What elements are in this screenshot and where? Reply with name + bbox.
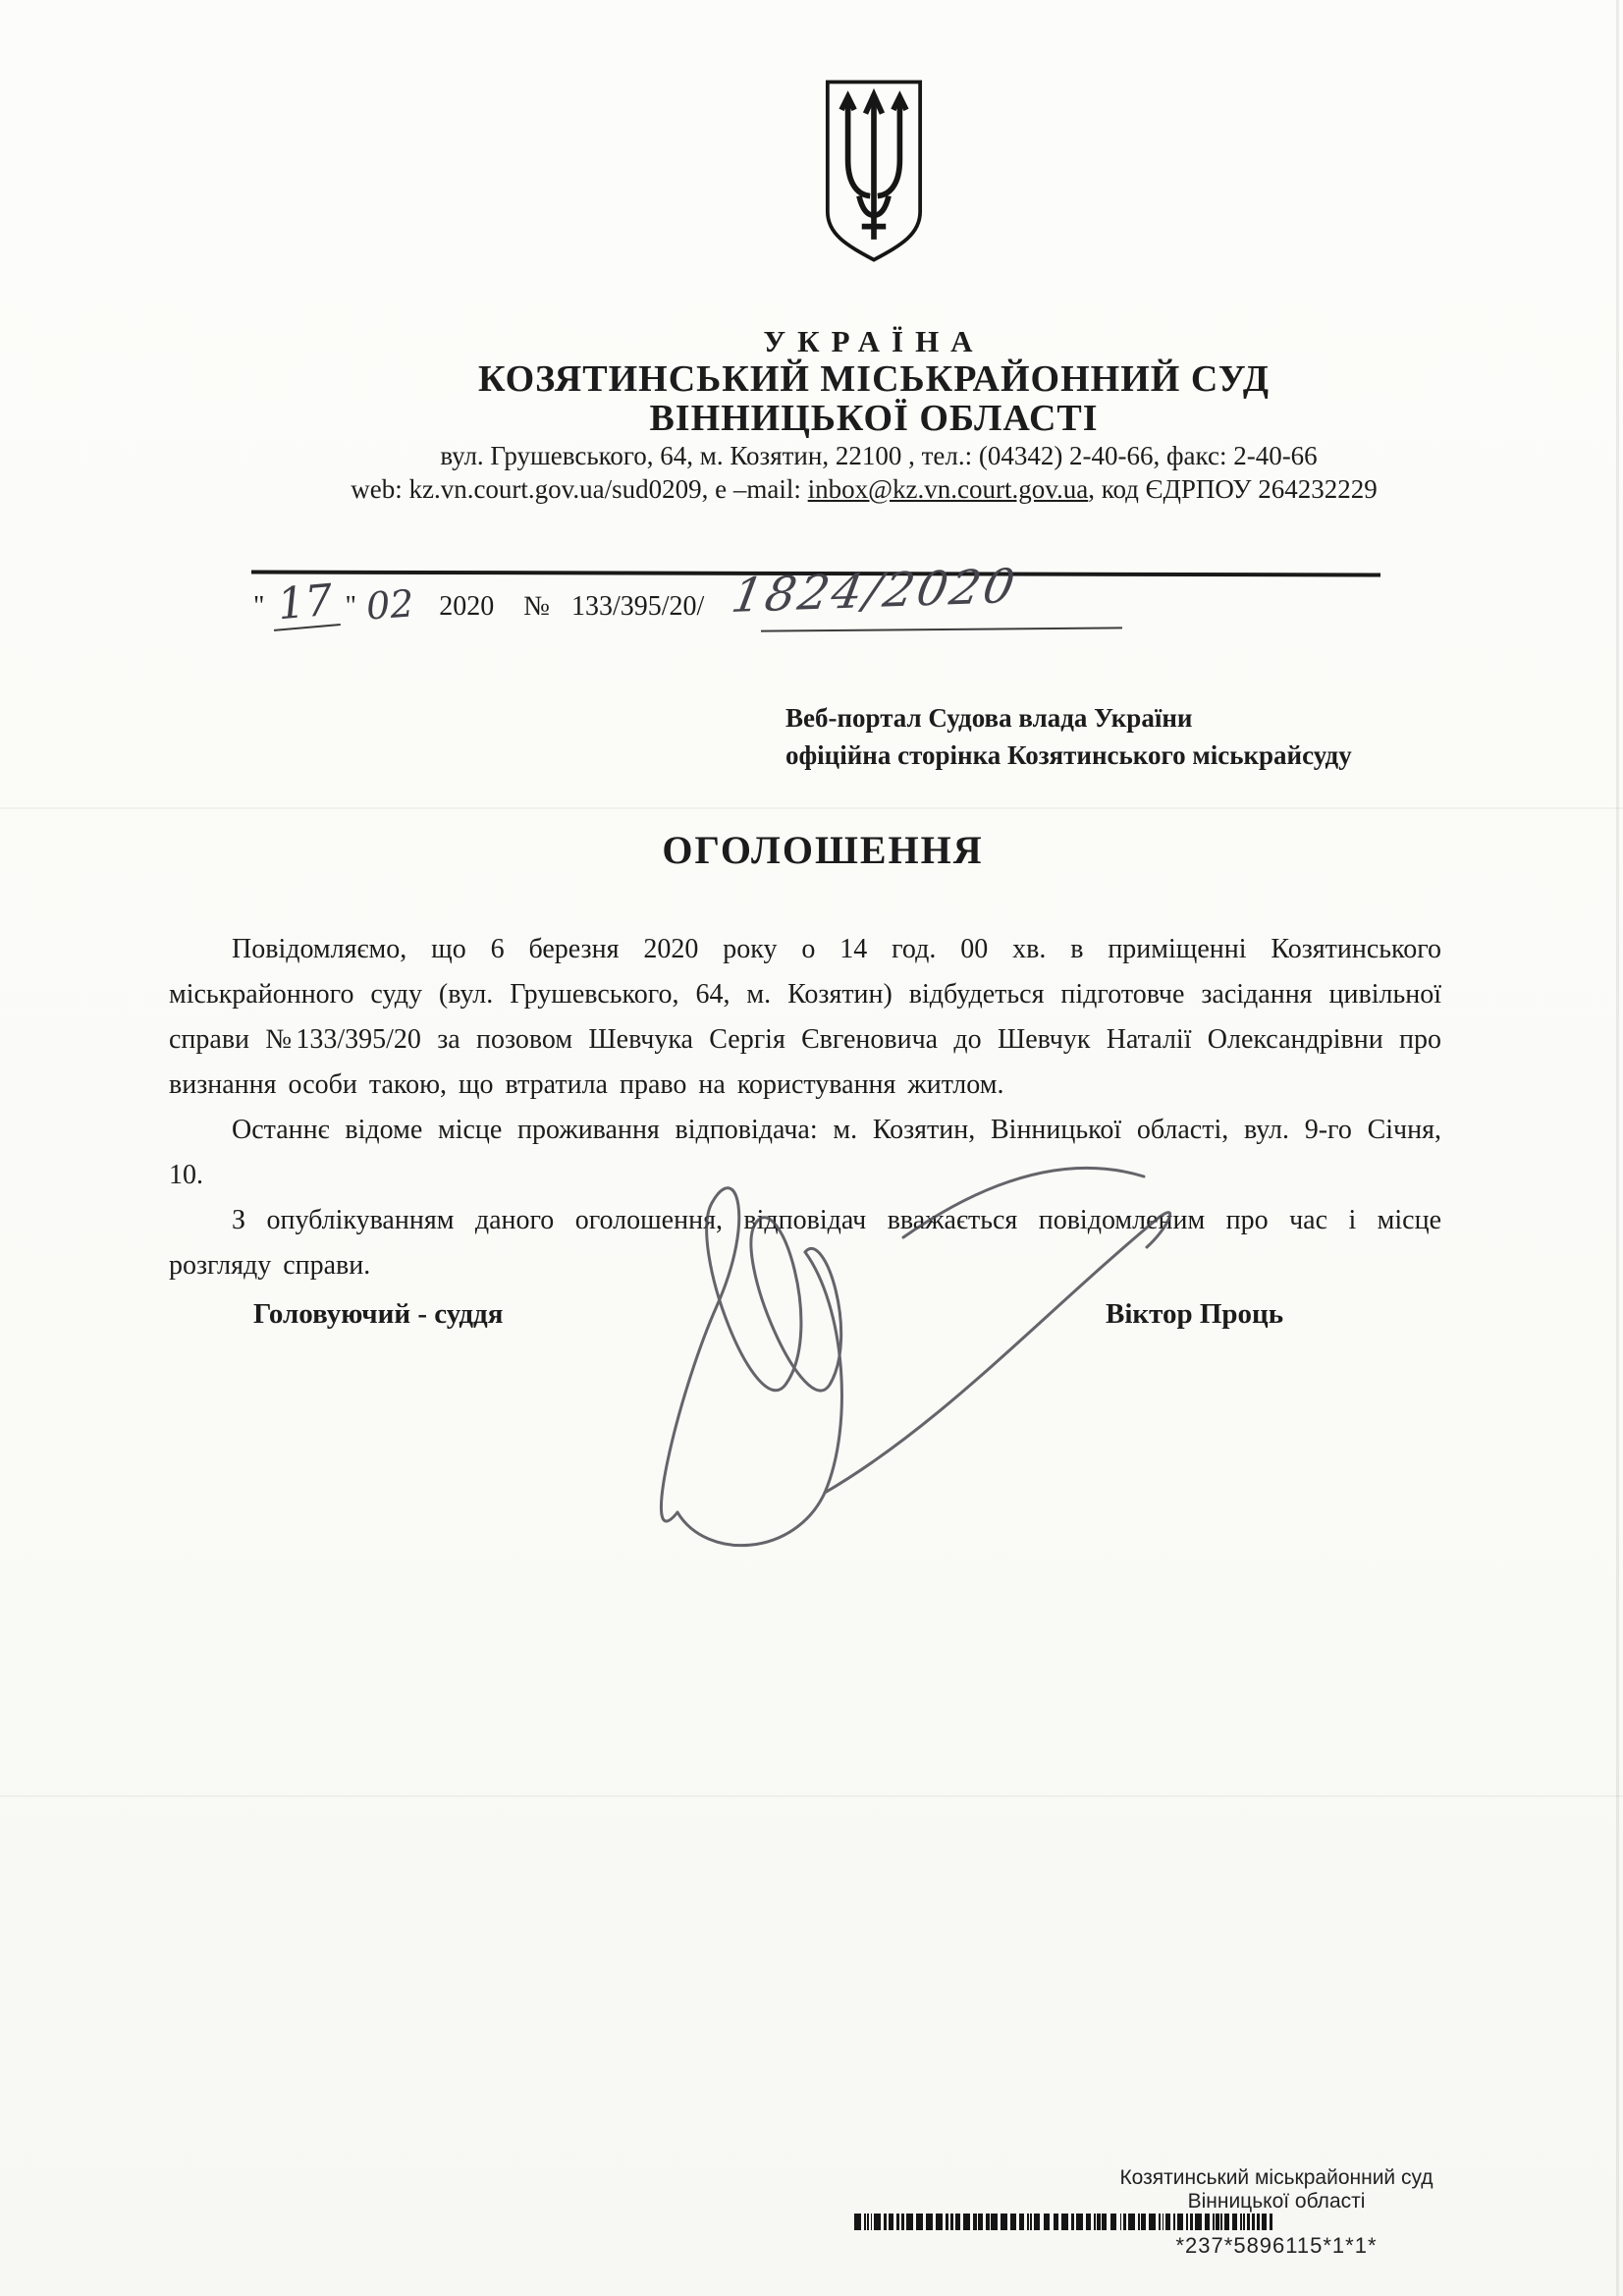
- footer-court-line2: Вінницької області: [1188, 2190, 1366, 2214]
- handwritten-outgoing-number: 1824/2020: [730, 567, 1021, 616]
- recipient-block: Веб-портал Судова влада України офіційна…: [785, 699, 1352, 774]
- case-number: 133/395/20/: [571, 585, 704, 623]
- court-name-line1: КОЗЯТИНСЬКИЙ МІСЬКРАЙОННИЙ СУД: [478, 357, 1270, 401]
- ukraine-coat-of-arms-icon: [818, 75, 930, 269]
- web-prefix: web: kz.vn.court.gov.ua/sud0209, e –mail…: [351, 474, 807, 504]
- document-title: ОГОЛОШЕННЯ: [662, 827, 983, 873]
- reference-line: " 17 " 02 2020 № 133/395/20/ 1824/2020: [253, 585, 1016, 629]
- body-paragraph-1: Повідомляємо, що 6 березня 2020 року о 1…: [169, 927, 1441, 1108]
- recipient-line1: Веб-портал Судова влада України: [785, 699, 1352, 737]
- number-sign: №: [523, 585, 550, 623]
- quote-open: ": [253, 585, 264, 623]
- court-address: вул. Грушевського, 64, м. Козятин, 22100…: [440, 441, 1317, 471]
- country-name: УКРАЇНА: [763, 324, 984, 359]
- paper-crease: [0, 807, 1623, 809]
- court-email: inbox@kz.vn.court.gov.ua: [808, 474, 1089, 504]
- web-suffix: , код ЄДРПОУ 264232229: [1088, 474, 1378, 504]
- signer-role: Головуючий - суддя: [253, 1298, 503, 1331]
- recipient-line2: офіційна сторінка Козятинського міськрай…: [785, 737, 1352, 774]
- court-contacts: web: kz.vn.court.gov.ua/sud0209, e –mail…: [351, 474, 1378, 505]
- barcode: [854, 2214, 1276, 2230]
- year: 2020: [439, 585, 494, 623]
- handwritten-day: 17: [271, 580, 342, 631]
- footer-court-line1: Козятинський міськрайонний суд: [1119, 2166, 1433, 2190]
- scanned-document-page: УКРАЇНА КОЗЯТИНСЬКИЙ МІСЬКРАЙОННИЙ СУД В…: [0, 0, 1623, 2296]
- court-name-line2: ВІННИЦЬКОЇ ОБЛАСТІ: [649, 397, 1098, 440]
- scan-edge-shadow: [1616, 0, 1619, 2296]
- quote-close: ": [345, 585, 355, 623]
- signature-scribble: [530, 1100, 1414, 1571]
- handwritten-month: 02: [365, 585, 415, 624]
- signer-name: Віктор Проць: [1106, 1298, 1283, 1331]
- paper-crease: [0, 1795, 1623, 1797]
- barcode-value: *237*5896115*1*1*: [1176, 2233, 1378, 2259]
